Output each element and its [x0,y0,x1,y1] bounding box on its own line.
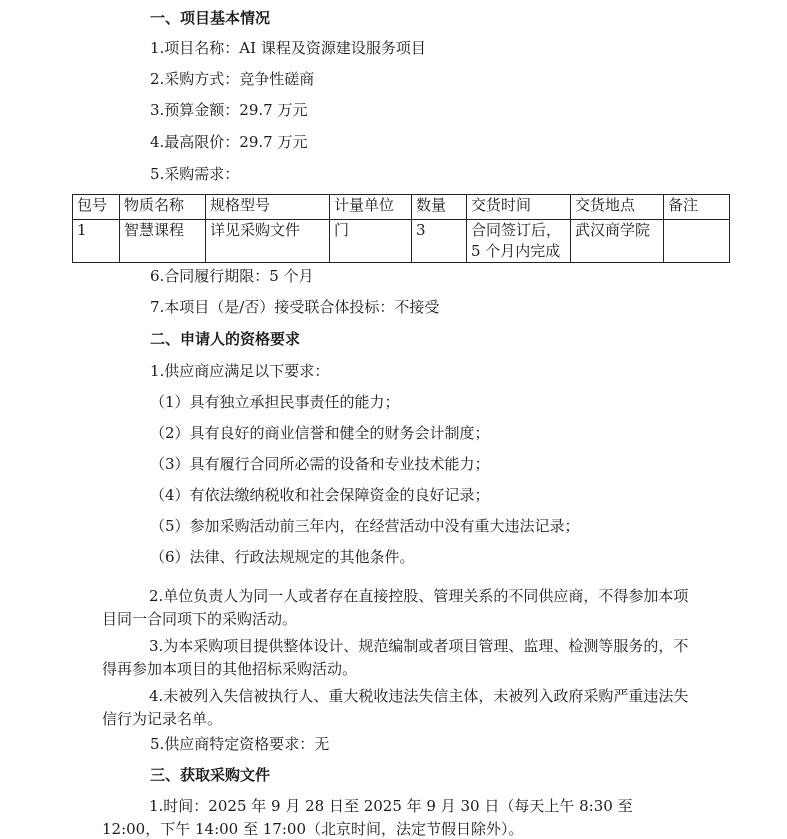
condition-6: （6）法律、行政法规规定的其他条件。 [150,547,415,567]
condition-1: （1）具有独立承担民事责任的能力； [150,392,400,412]
section-heading-1: 一、项目基本情况 [150,8,270,28]
header-item-name: 物质名称 [120,195,206,220]
cell-unit: 门 [330,220,412,263]
cell-item-name: 智慧课程 [120,220,206,263]
max-price: 4.最高限价：29.7 万元 [150,132,307,152]
header-quantity: 数量 [412,195,467,220]
procurement-requirements-label: 5.采购需求： [150,164,239,184]
condition-2: （2）具有良好的商业信誉和健全的财务会计制度； [150,423,490,443]
consortium-bidding: 7.本项目（是/否）接受联合体投标：不接受 [150,297,439,317]
header-delivery-time: 交货时间 [467,195,571,220]
table-row: 1 智慧课程 详见采购文件 门 3 合同签订后，5 个月内完成 武汉商学院 [73,220,730,263]
condition-5: （5）参加采购活动前三年内，在经营活动中没有重大违法记录； [150,516,580,536]
project-name: 1.项目名称：AI 课程及资源建设服务项目 [150,38,426,58]
contract-period: 6.合同履行期限：5 个月 [150,266,314,286]
paragraph-4: 4.未被列入失信被执行人、重大税收违法失信主体，未被列入政府采购严重违法失信行为… [102,685,692,731]
header-spec: 规格型号 [206,195,330,220]
condition-3: （3）具有履行合同所必需的设备和专业技术能力； [150,454,490,474]
section-heading-3: 三、获取采购文件 [150,765,270,785]
cell-remarks [664,220,730,263]
requirements-table: 包号 物质名称 规格型号 计量单位 数量 交货时间 交货地点 备注 1 智慧课程… [72,194,730,263]
header-remarks: 备注 [664,195,730,220]
cell-delivery-place: 武汉商学院 [571,220,664,263]
acquisition-time: 1.时间：2025 年 9 月 28 日至 2025 年 9 月 30 日（每天… [102,795,692,839]
header-package-no: 包号 [73,195,120,220]
paragraph-3: 3.为本采购项目提供整体设计、规范编制或者项目管理、监理、检测等服务的，不得再参… [102,635,692,681]
header-delivery-place: 交货地点 [571,195,664,220]
condition-4: （4）有依法缴纳税收和社会保障资金的良好记录； [150,485,490,505]
procurement-method: 2.采购方式：竞争性磋商 [150,69,314,89]
cell-package-no: 1 [73,220,120,263]
cell-quantity: 3 [412,220,467,263]
paragraph-2: 2.单位负责人为同一人或者存在直接控股、管理关系的不同供应商，不得参加本项目同一… [102,585,692,631]
cell-spec: 详见采购文件 [206,220,330,263]
section-heading-2: 二、申请人的资格要求 [150,329,300,349]
table-header-row: 包号 物质名称 规格型号 计量单位 数量 交货时间 交货地点 备注 [73,195,730,220]
supplier-requirements-intro: 1.供应商应满足以下要求： [150,361,329,381]
cell-delivery-time: 合同签订后，5 个月内完成 [467,220,571,263]
budget-amount: 3.预算金额：29.7 万元 [150,100,307,120]
special-qualification: 5.供应商特定资格要求：无 [150,734,329,754]
header-unit: 计量单位 [330,195,412,220]
